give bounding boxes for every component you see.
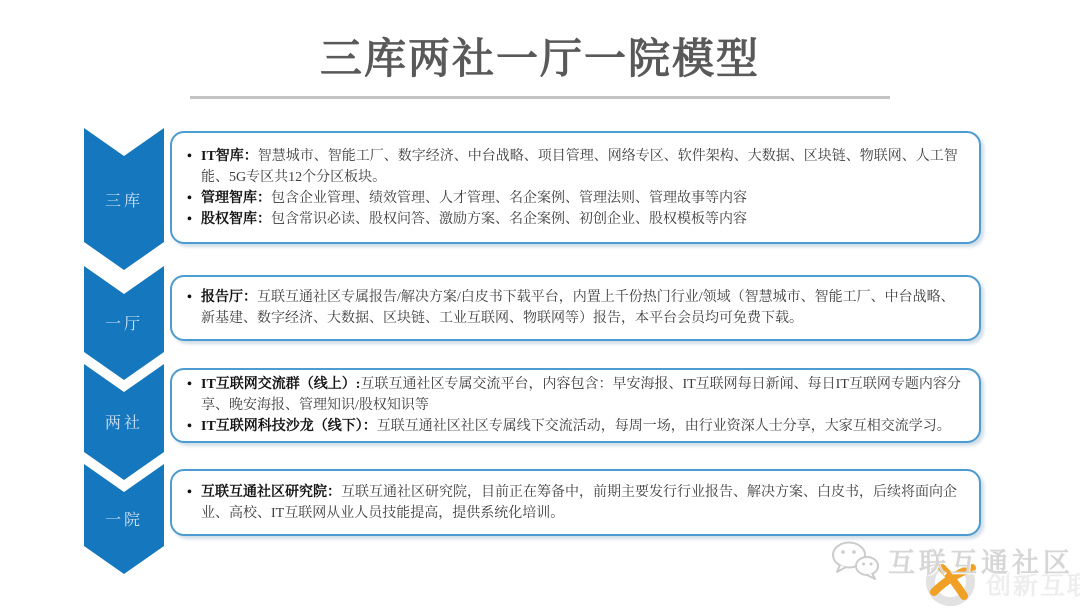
- bullet-list: IT互联网交流群（线上）:互联互通社区专属交流平台，内容包含：早安海报、IT互联…: [186, 374, 963, 437]
- community-watermark-label: 互联互通社区: [888, 541, 1074, 580]
- slide: 三库两社一厅一院模型 三库 一厅 两社 一院 IT智库：智慧城市、智能工厂、数字…: [0, 0, 1080, 608]
- bullet-list: IT智库：智慧城市、智能工厂、数字经济、中台战略、项目管理、网络专区、软件架构、…: [186, 146, 963, 230]
- list-item: 股权智库：包含常识必读、股权问答、激励方案、名企案例、初创企业、股权模板等内容: [186, 209, 963, 230]
- bullet-lead: IT互联网交流群（线上）:: [201, 377, 360, 392]
- bullet-lead: 股权智库：: [201, 212, 271, 227]
- chevron-label-2: 一厅: [105, 315, 143, 333]
- bullet-lead: IT互联网科技沙龙（线下）：: [201, 419, 377, 434]
- bullet-text: 互联互通社区社区专属线下交流活动，每周一场，由行业资深人士分享，大家互相交流学习…: [377, 419, 951, 434]
- title-underline: [190, 96, 890, 99]
- bullet-lead: IT智库：: [201, 149, 258, 164]
- list-item: IT互联网交流群（线上）:互联互通社区专属交流平台，内容包含：早安海报、IT互联…: [186, 374, 963, 416]
- bullet-text: 包含常识必读、股权问答、激励方案、名企案例、初创企业、股权模板等内容: [271, 212, 747, 227]
- bullet-lead: 互联互通社区研究院：: [201, 485, 341, 500]
- list-item: 互联互通社区研究院：互联互通社区研究院，目前正在筹备中，前期主要发行行业报告、解…: [186, 482, 963, 524]
- bullet-text: 包含企业管理、绩效管理、人才管理、名企案例、管理法则、管理故事等内容: [271, 191, 747, 206]
- content-box-one-hall: 报告厅：互联互通社区专属报告/解决方案/白皮书下载平台，内置上千份热门行业/领域…: [170, 275, 981, 341]
- content-box-two-societies: IT互联网交流群（线上）:互联互通社区专属交流平台，内容包含：早安海报、IT互联…: [170, 368, 981, 443]
- chevron-column: 三库 一厅 两社 一院: [84, 0, 164, 608]
- chevron-label-4: 一院: [105, 511, 143, 529]
- bullet-lead: 报告厅：: [201, 290, 257, 305]
- bullet-text: 智慧城市、智能工厂、数字经济、中台战略、项目管理、网络专区、软件架构、大数据、区…: [201, 149, 958, 185]
- chevron-label-3: 两社: [105, 414, 143, 432]
- content-box-three-libraries: IT智库：智慧城市、智能工厂、数字经济、中台战略、项目管理、网络专区、软件架构、…: [170, 131, 981, 244]
- list-item: 报告厅：互联互通社区专属报告/解决方案/白皮书下载平台，内置上千份热门行业/领域…: [186, 287, 963, 329]
- chevron-label-1: 三库: [105, 192, 143, 210]
- list-item: IT互联网科技沙龙（线下）：互联互通社区社区专属线下交流活动，每周一场，由行业资…: [186, 416, 963, 437]
- content-box-one-institute: 互联互通社区研究院：互联互通社区研究院，目前正在筹备中，前期主要发行行业报告、解…: [170, 469, 981, 536]
- list-item: 管理智库：包含企业管理、绩效管理、人才管理、名企案例、管理法则、管理故事等内容: [186, 188, 963, 209]
- bullet-list: 互联互通社区研究院：互联互通社区研究院，目前正在筹备中，前期主要发行行业报告、解…: [186, 482, 963, 524]
- list-item: IT智库：智慧城市、智能工厂、数字经济、中台战略、项目管理、网络专区、软件架构、…: [186, 146, 963, 188]
- bullet-list: 报告厅：互联互通社区专属报告/解决方案/白皮书下载平台，内置上千份热门行业/领域…: [186, 287, 963, 329]
- community-watermark: 互联互通社区: [830, 540, 1074, 580]
- bullet-text: 互联互通社区专属报告/解决方案/白皮书下载平台，内置上千份热门行业/领域（智慧城…: [201, 290, 955, 326]
- wechat-icon: [830, 540, 880, 580]
- bullet-lead: 管理智库：: [201, 191, 271, 206]
